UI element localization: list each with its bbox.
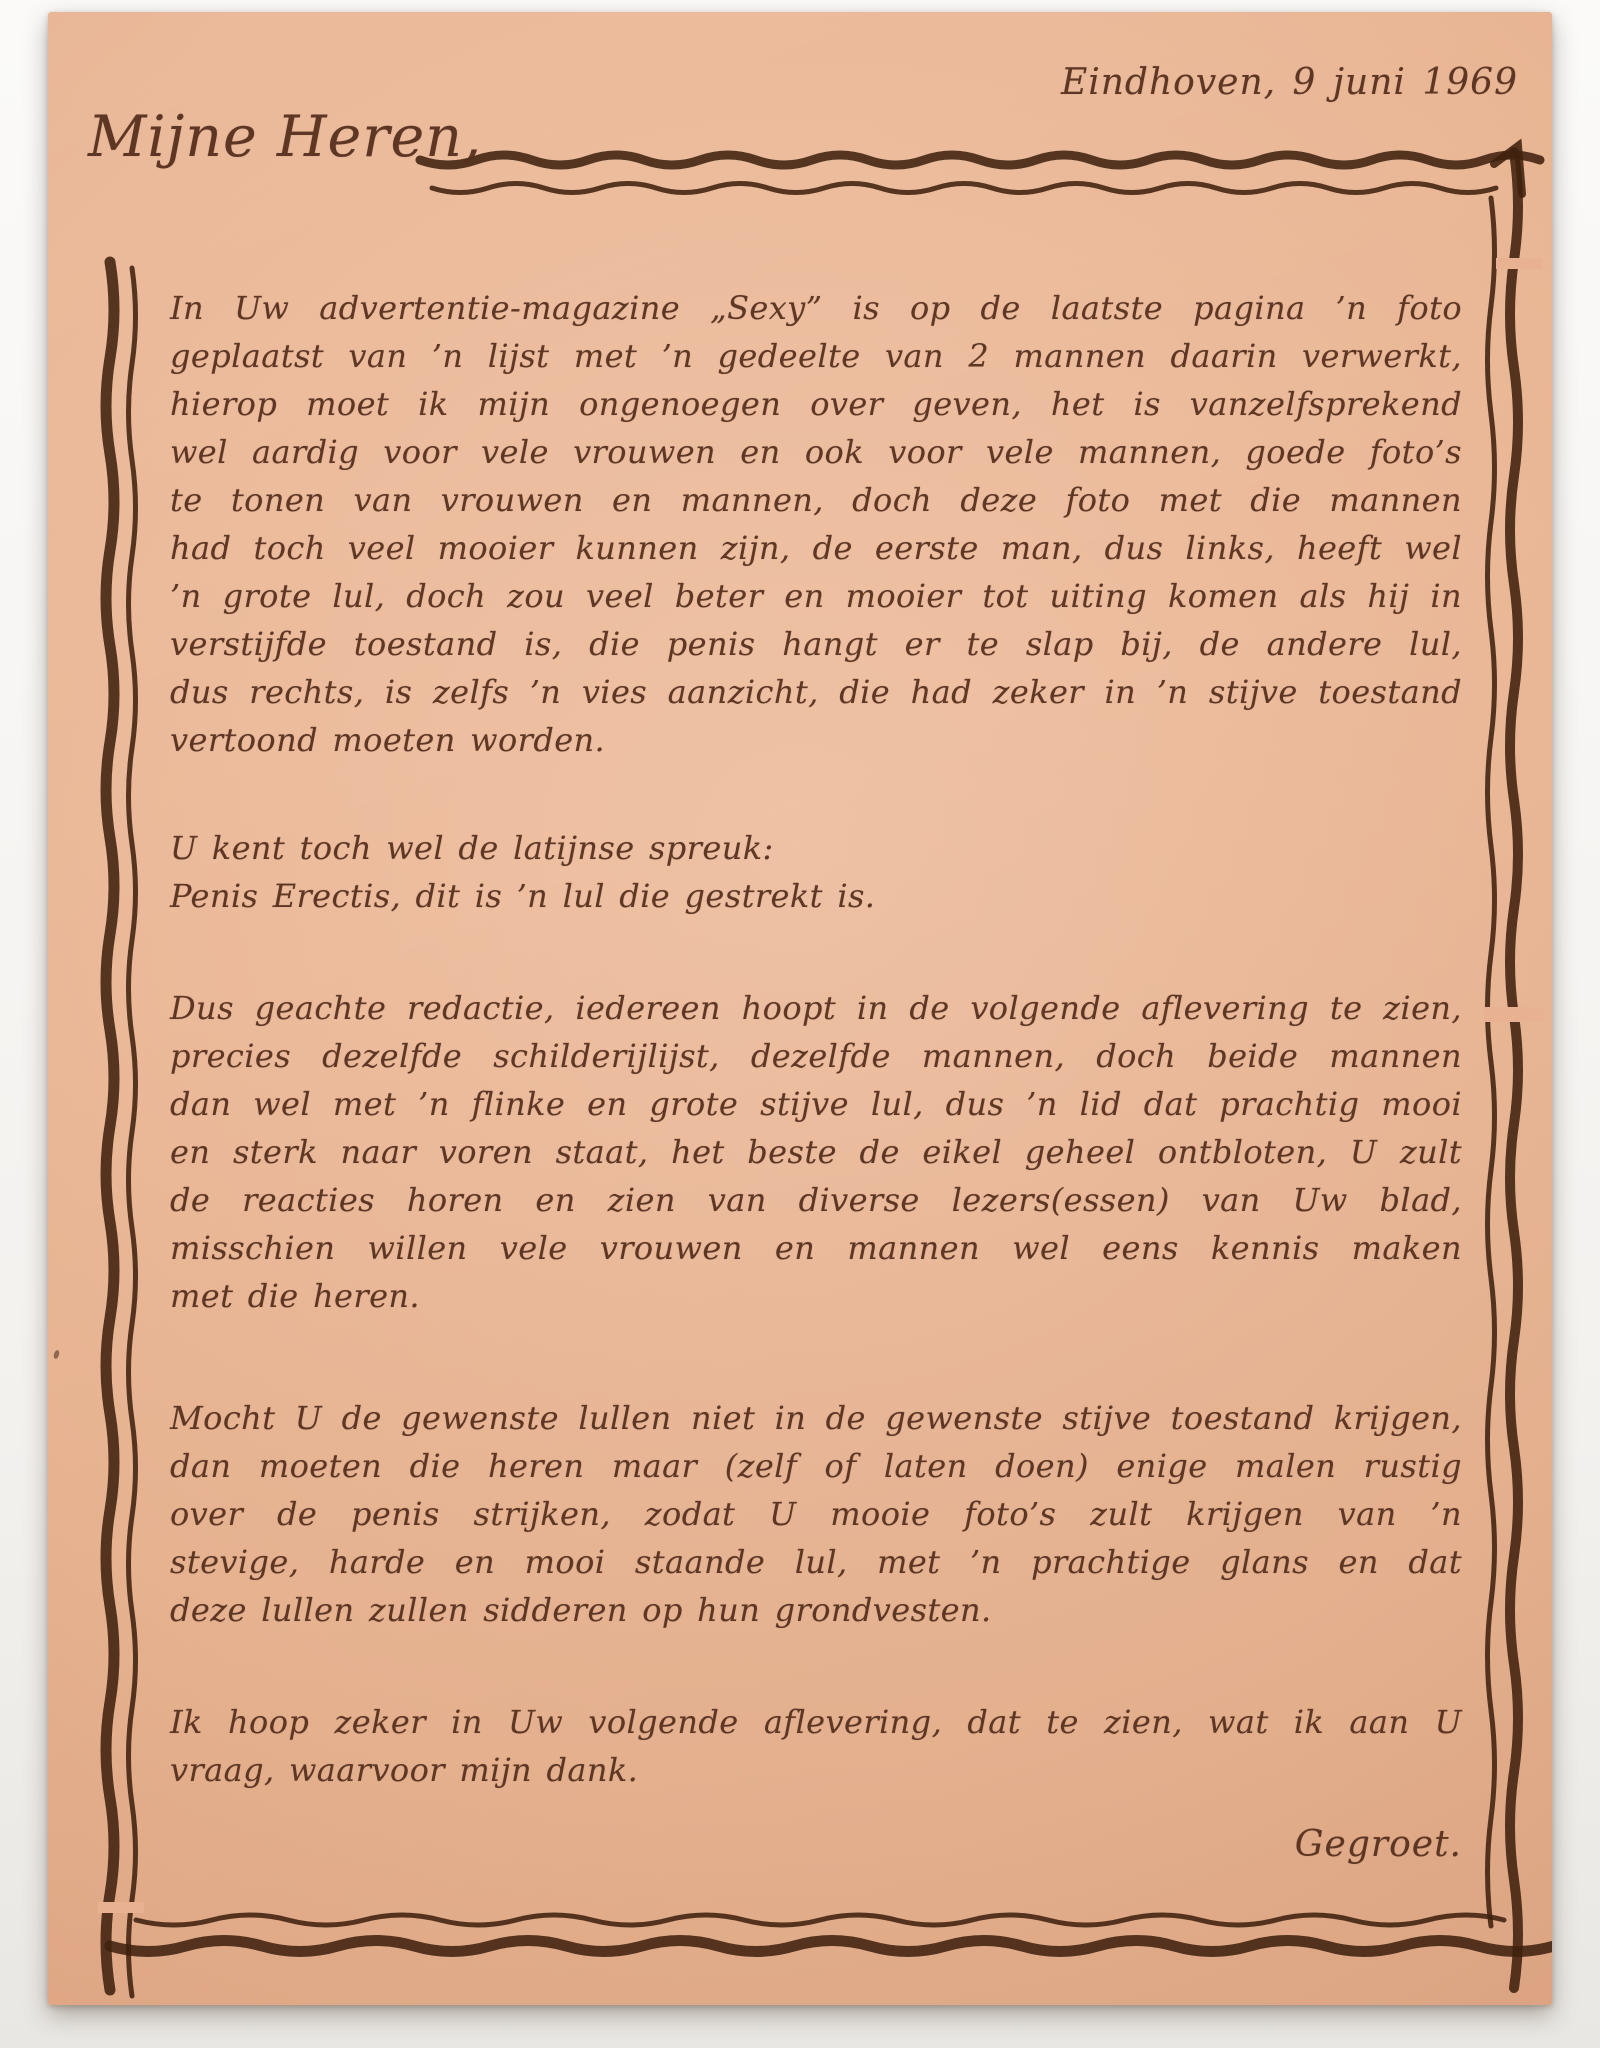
letter-line: deze lullen zullen sidderen op hun grond… [170, 1586, 1462, 1634]
letter-line: Penis Erectis, dit is ’n lul die gestrek… [170, 872, 1462, 920]
paragraph-4: Mocht U de gewenste lullen niet in de ge… [170, 1394, 1462, 1634]
salutation: Mijne Heren, [88, 104, 482, 170]
letter-line: dus rechts, is zelfs ’n vies aanzicht, d… [170, 668, 1462, 716]
letter-line: wel aardig voor vele vrouwen en ook voor… [170, 428, 1462, 476]
date-line: Eindhoven, 9 juni 1969 [1061, 62, 1518, 103]
letter-line: geplaatst van ’n lijst met ’n gedeelte v… [170, 332, 1462, 380]
letter-line: en sterk naar voren staat, het beste de … [170, 1128, 1462, 1176]
letter-line: Dus geachte redactie, iedereen hoopt in … [170, 984, 1462, 1032]
paragraph-2: U kent toch wel de latijnse spreuk: Peni… [170, 824, 1462, 920]
letter-line: te tonen van vrouwen en mannen, doch dez… [170, 476, 1462, 524]
letter-line: verstijfde toestand is, die penis hangt … [170, 620, 1462, 668]
letter-line: U kent toch wel de latijnse spreuk: [170, 824, 1462, 872]
letter-line: vertoond moeten worden. [170, 716, 1462, 764]
letter-line: dan wel met ’n flinke en grote stijve lu… [170, 1080, 1462, 1128]
letter-line: hierop moet ik mijn ongenoegen over geve… [170, 380, 1462, 428]
paragraph-1: In Uw advertentie-magazine „Sexy” is op … [170, 284, 1462, 764]
closing-signature: Gegroet. [170, 1824, 1462, 1865]
letter-line: had toch veel mooier kunnen zijn, de eer… [170, 524, 1462, 572]
letter-line: In Uw advertentie-magazine „Sexy” is op … [170, 284, 1462, 332]
letter-line: dan moeten die heren maar (zelf of laten… [170, 1442, 1462, 1490]
letter-line: vraag, waarvoor mijn dank. [170, 1746, 1462, 1794]
paragraph-3: Dus geachte redactie, iedereen hoopt in … [170, 984, 1462, 1320]
letter-line: met die heren. [170, 1272, 1462, 1320]
letter-line: stevige, harde en mooi staande lul, met … [170, 1538, 1462, 1586]
letter-page: Eindhoven, 9 juni 1969 Mijne Heren, In U… [48, 12, 1552, 2005]
ink-speck [53, 1349, 61, 1359]
letter-line: Mocht U de gewenste lullen niet in de ge… [170, 1394, 1462, 1442]
paragraph-5: Ik hoop zeker in Uw volgende aflevering,… [170, 1698, 1462, 1794]
letter-line: de reacties horen en zien van diverse le… [170, 1176, 1462, 1224]
letter-line: Ik hoop zeker in Uw volgende aflevering,… [170, 1698, 1462, 1746]
letter-line: over de penis strijken, zodat U mooie fo… [170, 1490, 1462, 1538]
letter-line: ’n grote lul, doch zou veel beter en moo… [170, 572, 1462, 620]
letter-line: precies dezelfde schilderijlijst, dezelf… [170, 1032, 1462, 1080]
letter-line: misschien willen vele vrouwen en mannen … [170, 1224, 1462, 1272]
